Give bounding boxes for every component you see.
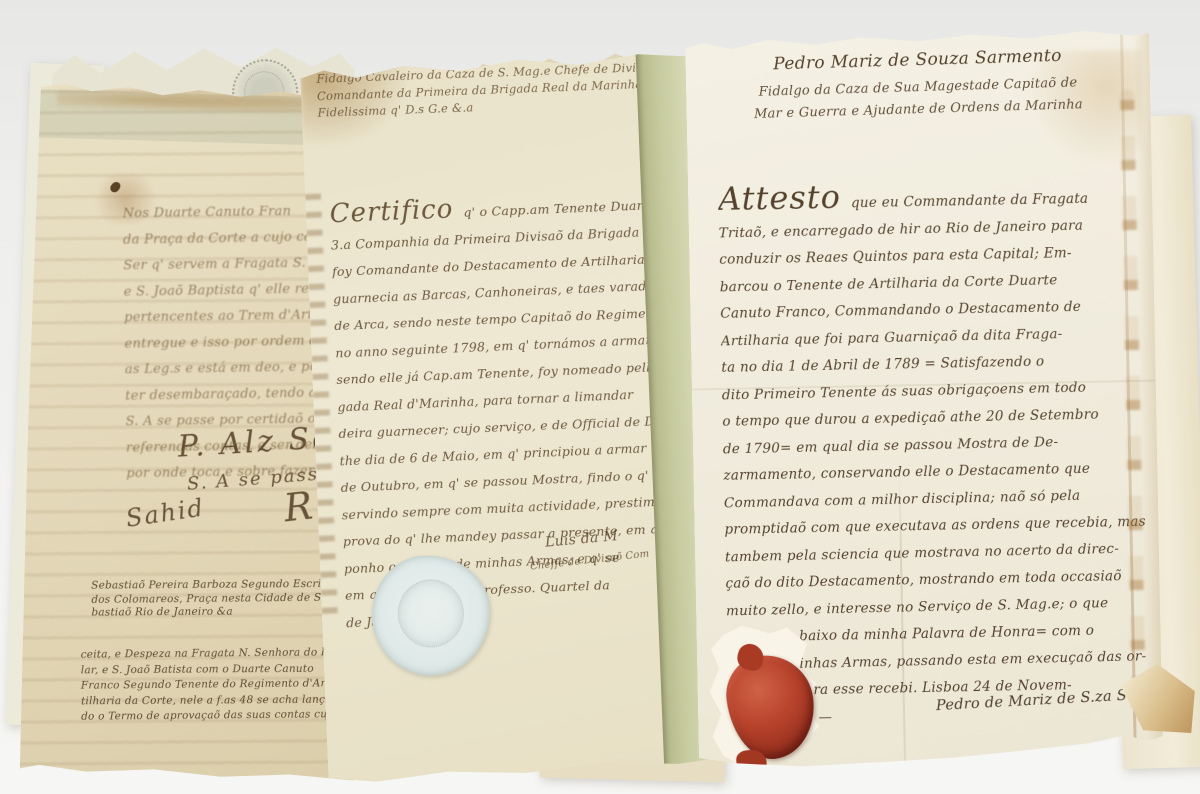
- opening-word: Certifico: [329, 194, 454, 229]
- right-document: Pedro Mariz de Souza Sarmento Fidalgo da…: [685, 30, 1163, 769]
- manuscript-line: q' o Capp.am Tenente Duarte Canutto Fran…: [463, 192, 660, 220]
- manuscript-line: Franco Segundo Tenente do Regimento d'Ar…: [81, 676, 337, 694]
- manuscript-line: ceita, e Despeza na Fragata N. Senhora d…: [81, 645, 337, 663]
- manuscript-line: Sebastiaõ Pereira Barboza Segundo Escriv…: [91, 578, 345, 593]
- manuscript-line: do o Termo de aprovaçaõ das suas contas …: [81, 707, 337, 725]
- middle-document: Fidalgo Cavaleiro da Caza de S. Mag.e Ch…: [300, 48, 727, 783]
- manuscript-line: bastiaõ Rio de Janeiro &a: [91, 605, 345, 620]
- right-doc-title: Pedro Mariz de Souza Sarmento: [685, 43, 1149, 77]
- signature-flourish: R: [282, 483, 316, 530]
- middle-doc-header: Fidalgo Cavaleiro da Caza de S. Mag.e Ch…: [316, 59, 648, 121]
- left-doc-note-2: ceita, e Despeza na Fragata N. Senhora d…: [81, 646, 338, 725]
- manuscript-line: dos Colomareos, Praça nesta Cidade de S.…: [91, 591, 345, 607]
- photo-of-manuscripts: Nos Duarte Canuto Fran da Praça da Corte…: [0, 0, 1200, 794]
- manuscript-line: que eu Commandante da Fragata: [851, 191, 1089, 212]
- opening-word: Attesto: [718, 178, 841, 218]
- middle-doc-body: Certificoq' o Capp.am Tenente Duarte Can…: [329, 189, 660, 636]
- left-doc-note-1: Sebastiaõ Pereira Barboza Segundo Escriv…: [91, 578, 346, 620]
